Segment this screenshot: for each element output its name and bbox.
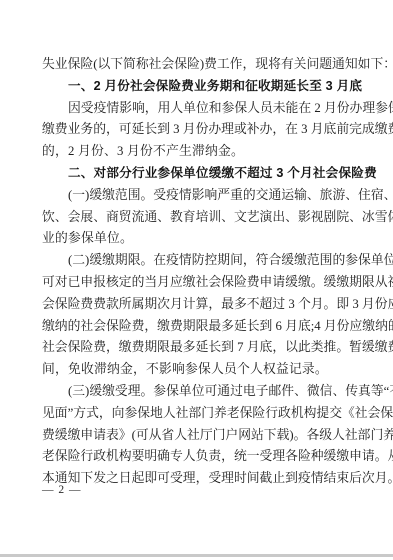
text-line: (一)缓缴范围。受疫情影响严重的交通运输、旅游、住宿、餐 bbox=[42, 185, 352, 207]
page-number: — 2 — bbox=[42, 484, 82, 496]
text-line: 因受疫情影响，用人单位和参保人员未能在 2 月份办理参保 bbox=[42, 98, 352, 120]
text-line: 的，2 月份、3 月份不产生滞纳金。 bbox=[42, 141, 352, 163]
document-body: 失业保险(以下简称社会保险)费工作，现将有关问题通知如下：一、2 月份社会保险费… bbox=[42, 54, 352, 490]
text-line: (三)缓缴受理。参保单位可通过电子邮件、微信、传真等“不 bbox=[42, 381, 352, 403]
text-line: 费缓缴申请表》(可从省人社厅门户网站下载)。各级人社部门养 bbox=[42, 425, 352, 447]
text-line: 业的参保单位。 bbox=[42, 228, 352, 250]
text-line: (二)缓缴期限。在疫情防控期间，符合缓缴范围的参保单位 bbox=[42, 250, 352, 272]
text-line: 见面”方式，向参保地人社部门养老保险行政机构提交《社会保险 bbox=[42, 403, 352, 425]
page-bottom-edge bbox=[0, 554, 393, 557]
text-line: 会保险费费款所属期次月计算，最多不超过 3 个月。即 3 月份应 bbox=[42, 294, 352, 316]
text-line: 二、对部分行业参保单位缓缴不超过 3 个月社会保险费 bbox=[42, 163, 352, 185]
text-line: 老保险行政机构要明确专人负责，统一受理各险种缓缴申请。从 bbox=[42, 446, 352, 468]
text-line: 社会保险费，缴费期限最多延长到 7 月底，以此类推。暂缓缴费期 bbox=[42, 337, 352, 359]
document-page: 失业保险(以下简称社会保险)费工作，现将有关问题通知如下：一、2 月份社会保险费… bbox=[0, 0, 393, 560]
text-line: 本通知下发之日起即可受理，受理时间截止到疫情结束后次月。 bbox=[42, 468, 352, 490]
text-line: 间，免收滞纳金，不影响参保人员个人权益记录。 bbox=[42, 359, 352, 381]
text-line: 可对已申报核定的当月应缴社会保险费申请缓缴。缓缴期限从社 bbox=[42, 272, 352, 294]
text-line: 一、2 月份社会保险费业务期和征收期延长至 3 月底 bbox=[42, 76, 352, 98]
text-line: 缴纳的社会保险费，缴费期限最多延长到 6 月底;4 月份应缴纳的 bbox=[42, 316, 352, 338]
text-line: 缴费业务的，可延长到 3 月份办理或补办，在 3 月底前完成缴费 bbox=[42, 119, 352, 141]
text-line: 失业保险(以下简称社会保险)费工作，现将有关问题通知如下： bbox=[42, 54, 352, 76]
text-line: 饮、会展、商贸流通、教育培训、文艺演出、影视剧院、冰雪体育等行 bbox=[42, 207, 352, 229]
